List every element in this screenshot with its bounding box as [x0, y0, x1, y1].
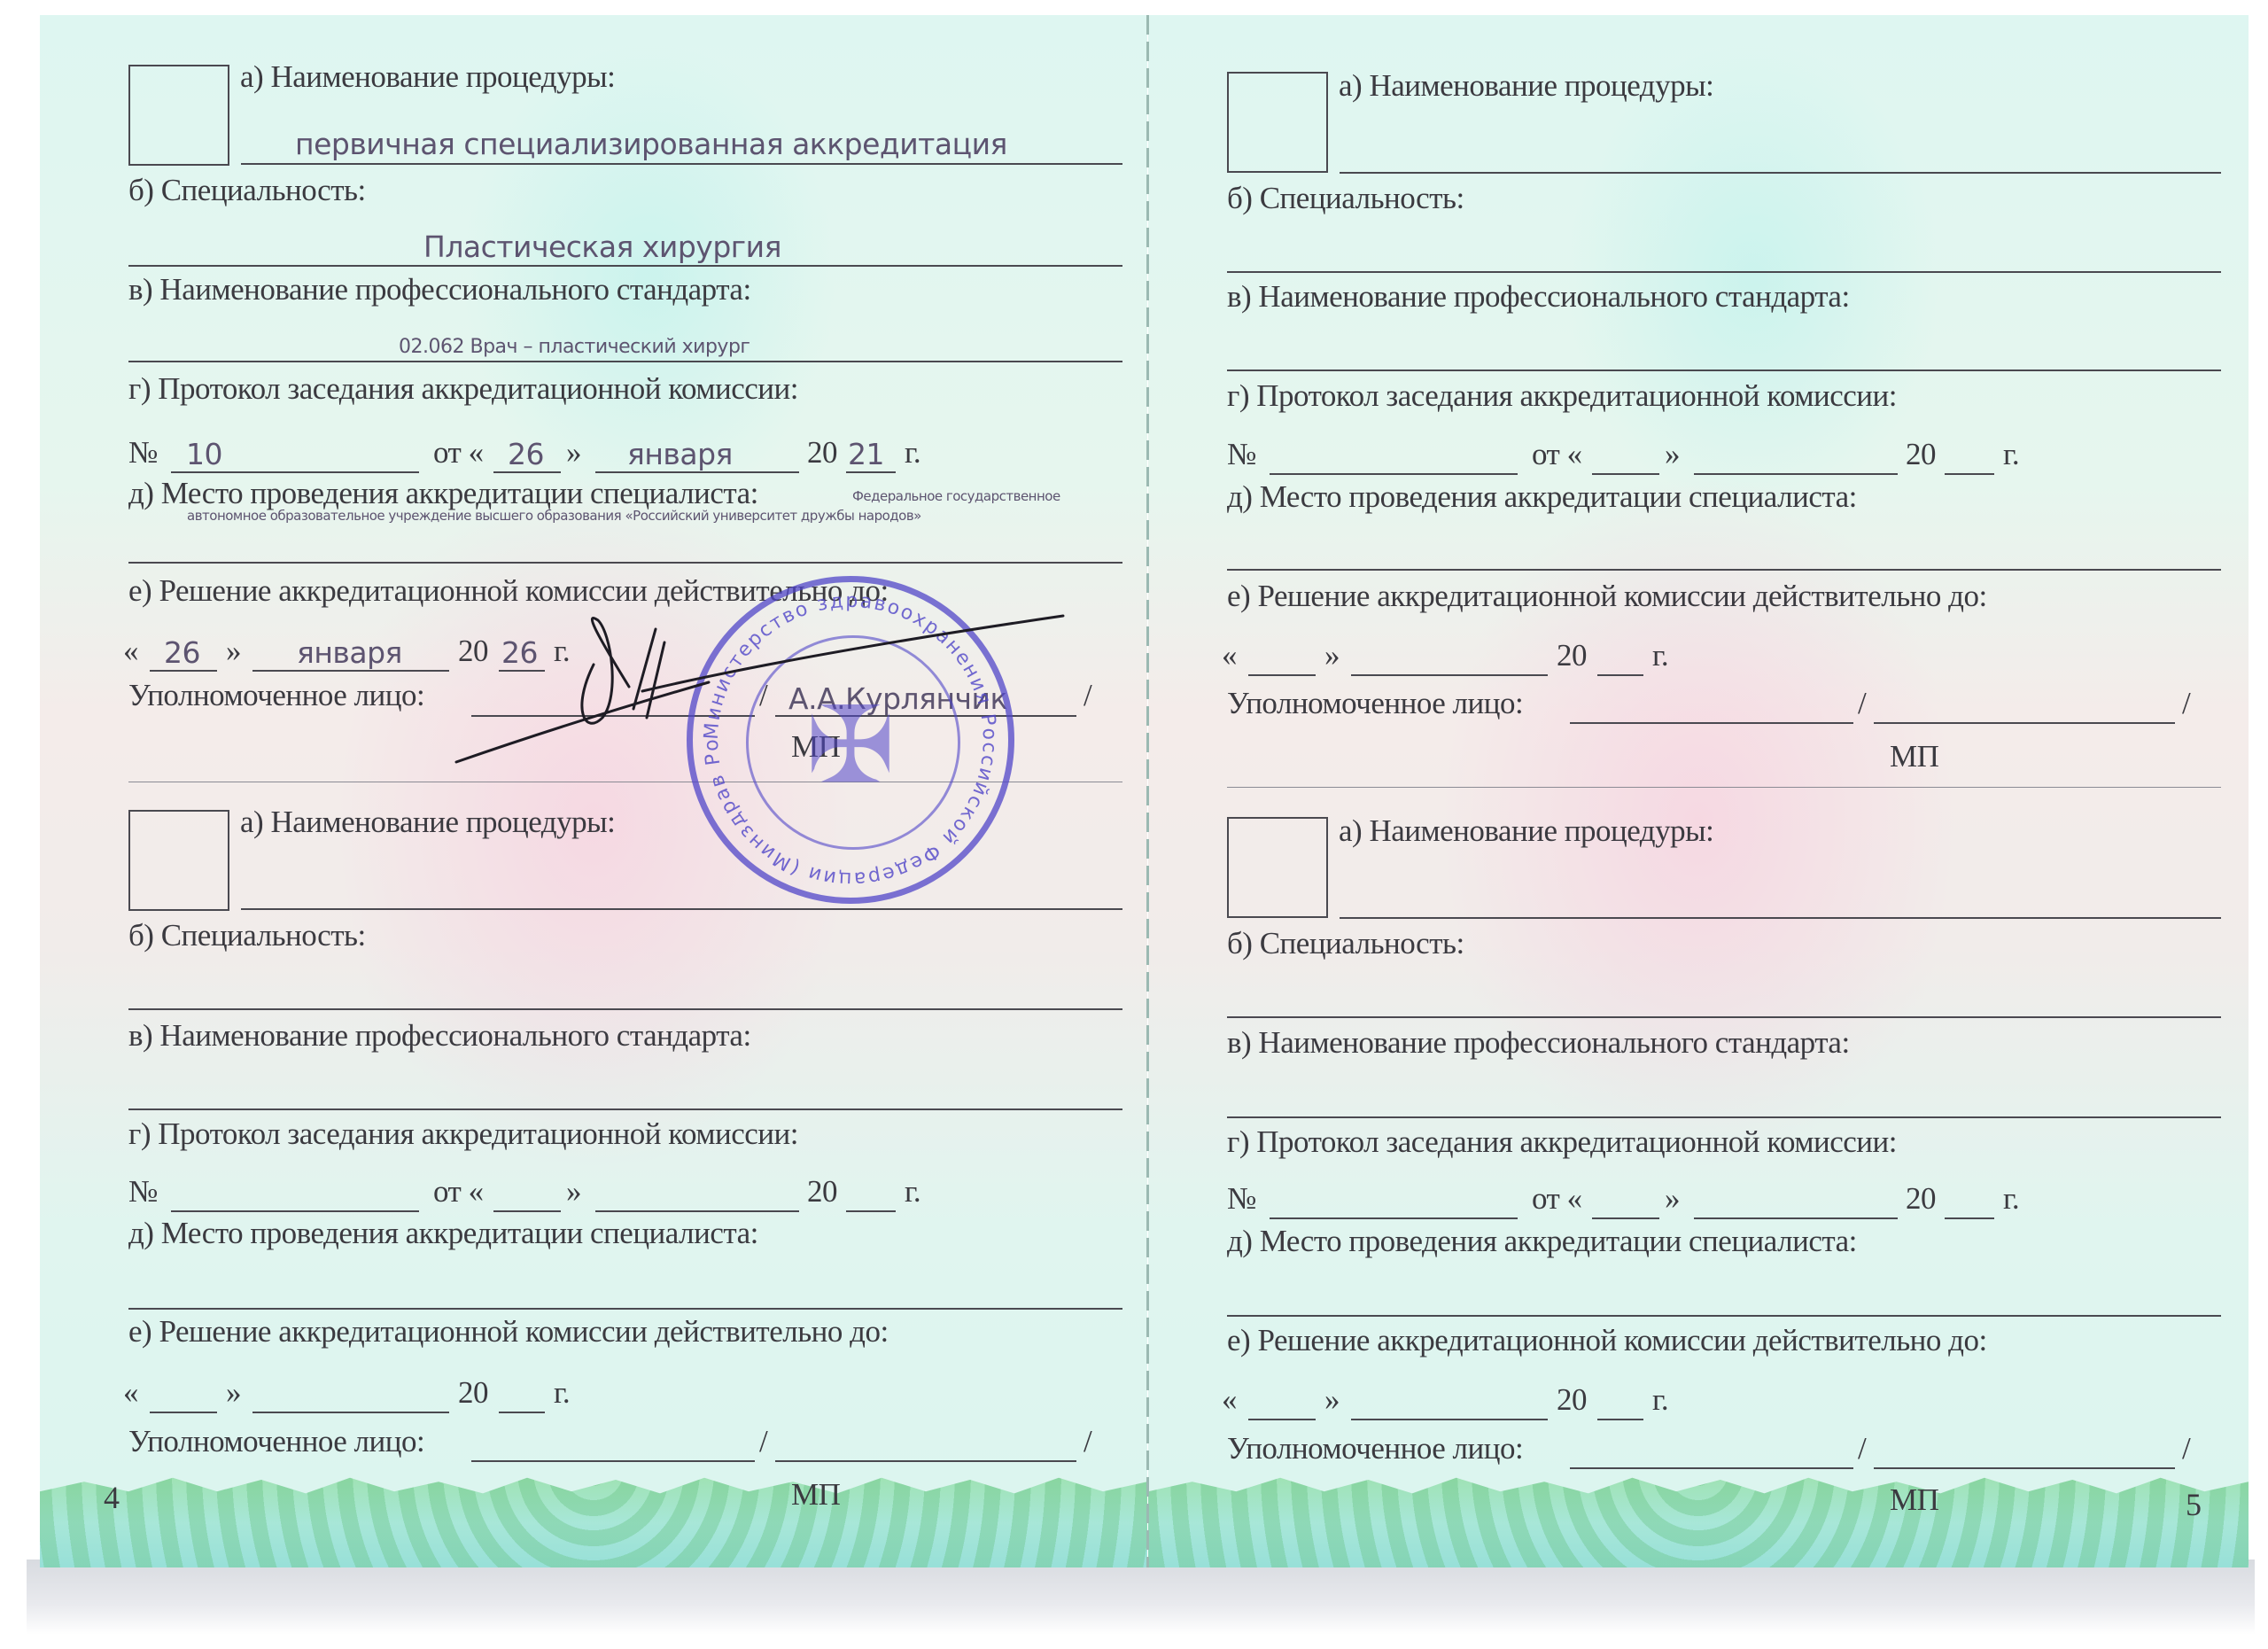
- open-quote: «: [1222, 638, 1237, 673]
- from-label: от «: [1532, 437, 1582, 472]
- procedure-line: [1340, 917, 2221, 919]
- close-quote: »: [1324, 1382, 1340, 1418]
- open-quote: «: [123, 1375, 138, 1411]
- entry-divider: [1227, 787, 2221, 788]
- specialty-label: б) Специальность:: [128, 173, 366, 208]
- place-line: [128, 1308, 1122, 1310]
- authorized-signature-line: [1570, 722, 1853, 724]
- slash: /: [1084, 1424, 1091, 1459]
- protocol-label: г) Протокол заседания аккредитационной к…: [128, 371, 798, 407]
- protocol-number-line: [171, 471, 419, 473]
- standard-line: [128, 1108, 1122, 1110]
- place-line: [128, 562, 1122, 564]
- protocol-year-line: [1945, 1217, 1994, 1219]
- standard-line: [1227, 1116, 2221, 1118]
- page-number: 5: [2186, 1486, 2202, 1523]
- valid-year-line: [1597, 1419, 1643, 1420]
- valid-year-line: [1597, 674, 1643, 676]
- procedure-label: а) Наименование процедуры:: [240, 805, 615, 840]
- authorized-person-label: Уполномоченное лицо:: [128, 1424, 424, 1459]
- protocol-number-line: [171, 1210, 419, 1212]
- year-prefix: 20: [1906, 1181, 1936, 1217]
- open-quote: «: [123, 634, 138, 669]
- procedure-checkbox[interactable]: [1227, 72, 1328, 173]
- year-suffix: г.: [1652, 1382, 1668, 1418]
- footer-ornament: [1148, 1470, 2249, 1567]
- valid-day-value[interactable]: 26: [164, 635, 200, 670]
- place-line: [1227, 1315, 2221, 1317]
- page-number: 4: [104, 1479, 120, 1516]
- specialty-line: [128, 265, 1122, 267]
- year-suffix: г.: [1652, 638, 1668, 673]
- from-label: от «: [433, 435, 484, 471]
- authorized-name-line: [775, 1460, 1076, 1462]
- protocol-month-line: [595, 1210, 799, 1212]
- number-sign: №: [128, 435, 158, 471]
- place-value-line2[interactable]: автономное образовательное учреждение вы…: [187, 508, 921, 524]
- standard-line: [128, 361, 1122, 362]
- year-prefix: 20: [458, 1375, 488, 1411]
- authorized-name-line: [1874, 1467, 2175, 1469]
- page-spine: [1146, 15, 1149, 1567]
- valid-month-line: [252, 670, 449, 672]
- specialty-label: б) Специальность:: [1227, 181, 1464, 216]
- close-quote: »: [1665, 437, 1680, 472]
- year-suffix: г.: [905, 1174, 920, 1210]
- slash: /: [2182, 1431, 2190, 1466]
- valid-until-label: е) Решение аккредитационной комиссии дей…: [128, 1314, 889, 1350]
- year-prefix: 20: [807, 1174, 837, 1210]
- close-quote: »: [226, 634, 241, 669]
- procedure-line: [1340, 172, 2221, 174]
- authorized-person-label: Уполномоченное лицо:: [128, 678, 424, 713]
- slash: /: [1858, 1431, 1866, 1466]
- protocol-label: г) Протокол заседания аккредитационной к…: [1227, 1124, 1897, 1160]
- valid-day-line: [150, 670, 217, 672]
- procedure-label: а) Наименование процедуры:: [1339, 813, 1713, 849]
- year-suffix: г.: [2003, 1181, 2019, 1217]
- valid-month-line: [252, 1412, 449, 1413]
- procedure-checkbox[interactable]: [1227, 817, 1328, 918]
- authorized-signature-line: [471, 1460, 755, 1462]
- year-suffix: г.: [2003, 437, 2019, 472]
- close-quote: »: [566, 1174, 581, 1210]
- standard-label: в) Наименование профессионального станда…: [1227, 1025, 1850, 1061]
- standard-label: в) Наименование профессионального станда…: [128, 272, 751, 307]
- valid-day-line: [1248, 674, 1316, 676]
- protocol-label: г) Протокол заседания аккредитационной к…: [1227, 378, 1897, 414]
- year-suffix: г.: [905, 435, 920, 471]
- place-label: д) Место проведения аккредитации специал…: [1227, 1224, 1857, 1259]
- place-label: д) Место проведения аккредитации специал…: [128, 476, 758, 511]
- specialty-label: б) Специальность:: [1227, 926, 1464, 961]
- authorized-person-label: Уполномоченное лицо:: [1227, 686, 1523, 721]
- protocol-day-line: [493, 1210, 561, 1212]
- number-sign: №: [128, 1174, 158, 1210]
- standard-value[interactable]: 02.062 Врач – пластический хирург: [399, 336, 750, 358]
- seal-place-label: МП: [791, 1477, 840, 1513]
- year-prefix: 20: [1557, 1382, 1587, 1418]
- protocol-day-line: [493, 471, 561, 473]
- procedure-checkbox[interactable]: [128, 810, 229, 911]
- procedure-label: а) Наименование процедуры:: [1339, 68, 1713, 104]
- scan-shadow: [27, 1560, 2255, 1635]
- close-quote: »: [1324, 638, 1340, 673]
- protocol-year-line: [1945, 473, 1994, 475]
- year-prefix: 20: [1906, 437, 1936, 472]
- protocol-year-value[interactable]: 21: [848, 437, 884, 471]
- procedure-checkbox[interactable]: [128, 65, 229, 166]
- specialty-label: б) Специальность:: [128, 918, 366, 953]
- protocol-day-line: [1592, 1217, 1659, 1219]
- slash: /: [1858, 686, 1866, 721]
- close-quote: »: [1665, 1181, 1680, 1217]
- place-label: д) Место проведения аккредитации специал…: [128, 1216, 758, 1251]
- protocol-number-line: [1270, 1217, 1518, 1219]
- from-label: от «: [1532, 1181, 1582, 1217]
- protocol-year-line: [846, 471, 896, 473]
- valid-month-line: [1351, 1419, 1548, 1420]
- place-value-line1[interactable]: Федеральное государственное: [852, 488, 1060, 504]
- number-sign: №: [1227, 1181, 1256, 1217]
- protocol-month-line: [595, 471, 799, 473]
- from-label: от «: [433, 1174, 484, 1210]
- protocol-number-line: [1270, 473, 1518, 475]
- signature: [452, 611, 1072, 771]
- valid-month-value[interactable]: января: [297, 635, 402, 670]
- specialty-line: [1227, 1016, 2221, 1018]
- seal-place-label: МП: [1890, 1482, 1938, 1518]
- page-right: а) Наименование процедуры: б) Специально…: [1148, 15, 2249, 1567]
- procedure-value[interactable]: первичная специализированная аккредитаци…: [295, 127, 1007, 161]
- specialty-line: [128, 1008, 1122, 1010]
- seal-place-label: МП: [1890, 739, 1938, 774]
- year-prefix: 20: [807, 435, 837, 471]
- slash: /: [759, 1424, 767, 1459]
- protocol-month-line: [1694, 1217, 1898, 1219]
- place-label: д) Место проведения аккредитации специал…: [1227, 479, 1857, 515]
- year-prefix: 20: [1557, 638, 1587, 673]
- slash: /: [1084, 678, 1091, 713]
- valid-day-line: [150, 1412, 217, 1413]
- valid-year-line: [499, 1412, 545, 1413]
- place-line: [1227, 569, 2221, 571]
- valid-until-label: е) Решение аккредитационной комиссии дей…: [1227, 579, 1987, 614]
- protocol-number-value[interactable]: 10: [186, 437, 222, 471]
- valid-month-line: [1351, 674, 1548, 676]
- valid-day-line: [1248, 1419, 1316, 1420]
- procedure-line: [241, 908, 1122, 910]
- footer-ornament: [40, 1470, 1147, 1567]
- protocol-year-line: [846, 1210, 896, 1212]
- valid-until-label: е) Решение аккредитационной комиссии дей…: [1227, 1323, 1987, 1358]
- protocol-day-value[interactable]: 26: [508, 437, 544, 471]
- authorized-name-line: [1874, 722, 2175, 724]
- authorized-signature-line: [1570, 1467, 1853, 1469]
- standard-label: в) Наименование профессионального станда…: [128, 1018, 751, 1054]
- protocol-month-value[interactable]: января: [627, 437, 733, 471]
- authorized-person-label: Уполномоченное лицо:: [1227, 1431, 1523, 1466]
- procedure-line: [241, 163, 1122, 165]
- procedure-label: а) Наименование процедуры:: [240, 59, 615, 95]
- protocol-day-line: [1592, 473, 1659, 475]
- standard-label: в) Наименование профессионального станда…: [1227, 279, 1850, 315]
- standard-line: [1227, 369, 2221, 371]
- close-quote: »: [226, 1375, 241, 1411]
- number-sign: №: [1227, 437, 1256, 472]
- specialty-value[interactable]: Пластическая хирургия: [423, 229, 781, 264]
- close-quote: »: [566, 435, 581, 471]
- slash: /: [2182, 686, 2190, 721]
- protocol-month-line: [1694, 473, 1898, 475]
- year-suffix: г.: [554, 1375, 570, 1411]
- protocol-label: г) Протокол заседания аккредитационной к…: [128, 1116, 798, 1152]
- specialty-line: [1227, 271, 2221, 273]
- open-quote: «: [1222, 1382, 1237, 1418]
